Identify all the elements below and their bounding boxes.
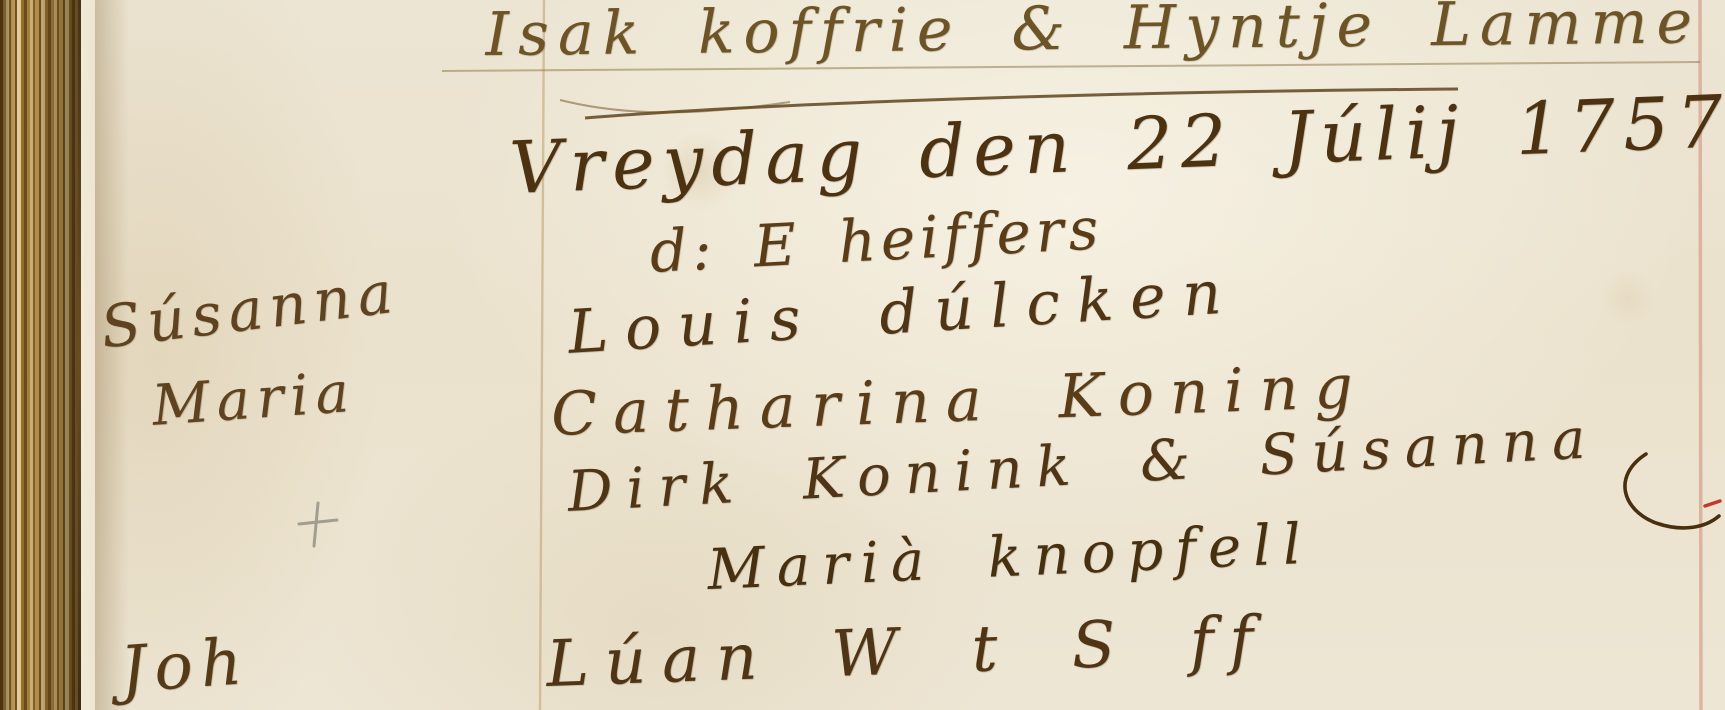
manuscript-page-scan: Isak koffrie & Hyntje Lamme Vreydag den … — [0, 0, 1725, 710]
right-bracket-flourish — [1625, 454, 1719, 528]
column-rule-line — [540, 0, 544, 710]
red-ink-tick — [1705, 501, 1720, 506]
next-entry-margin-partial: Joh — [118, 625, 252, 708]
margin-cross-mark — [299, 503, 337, 546]
